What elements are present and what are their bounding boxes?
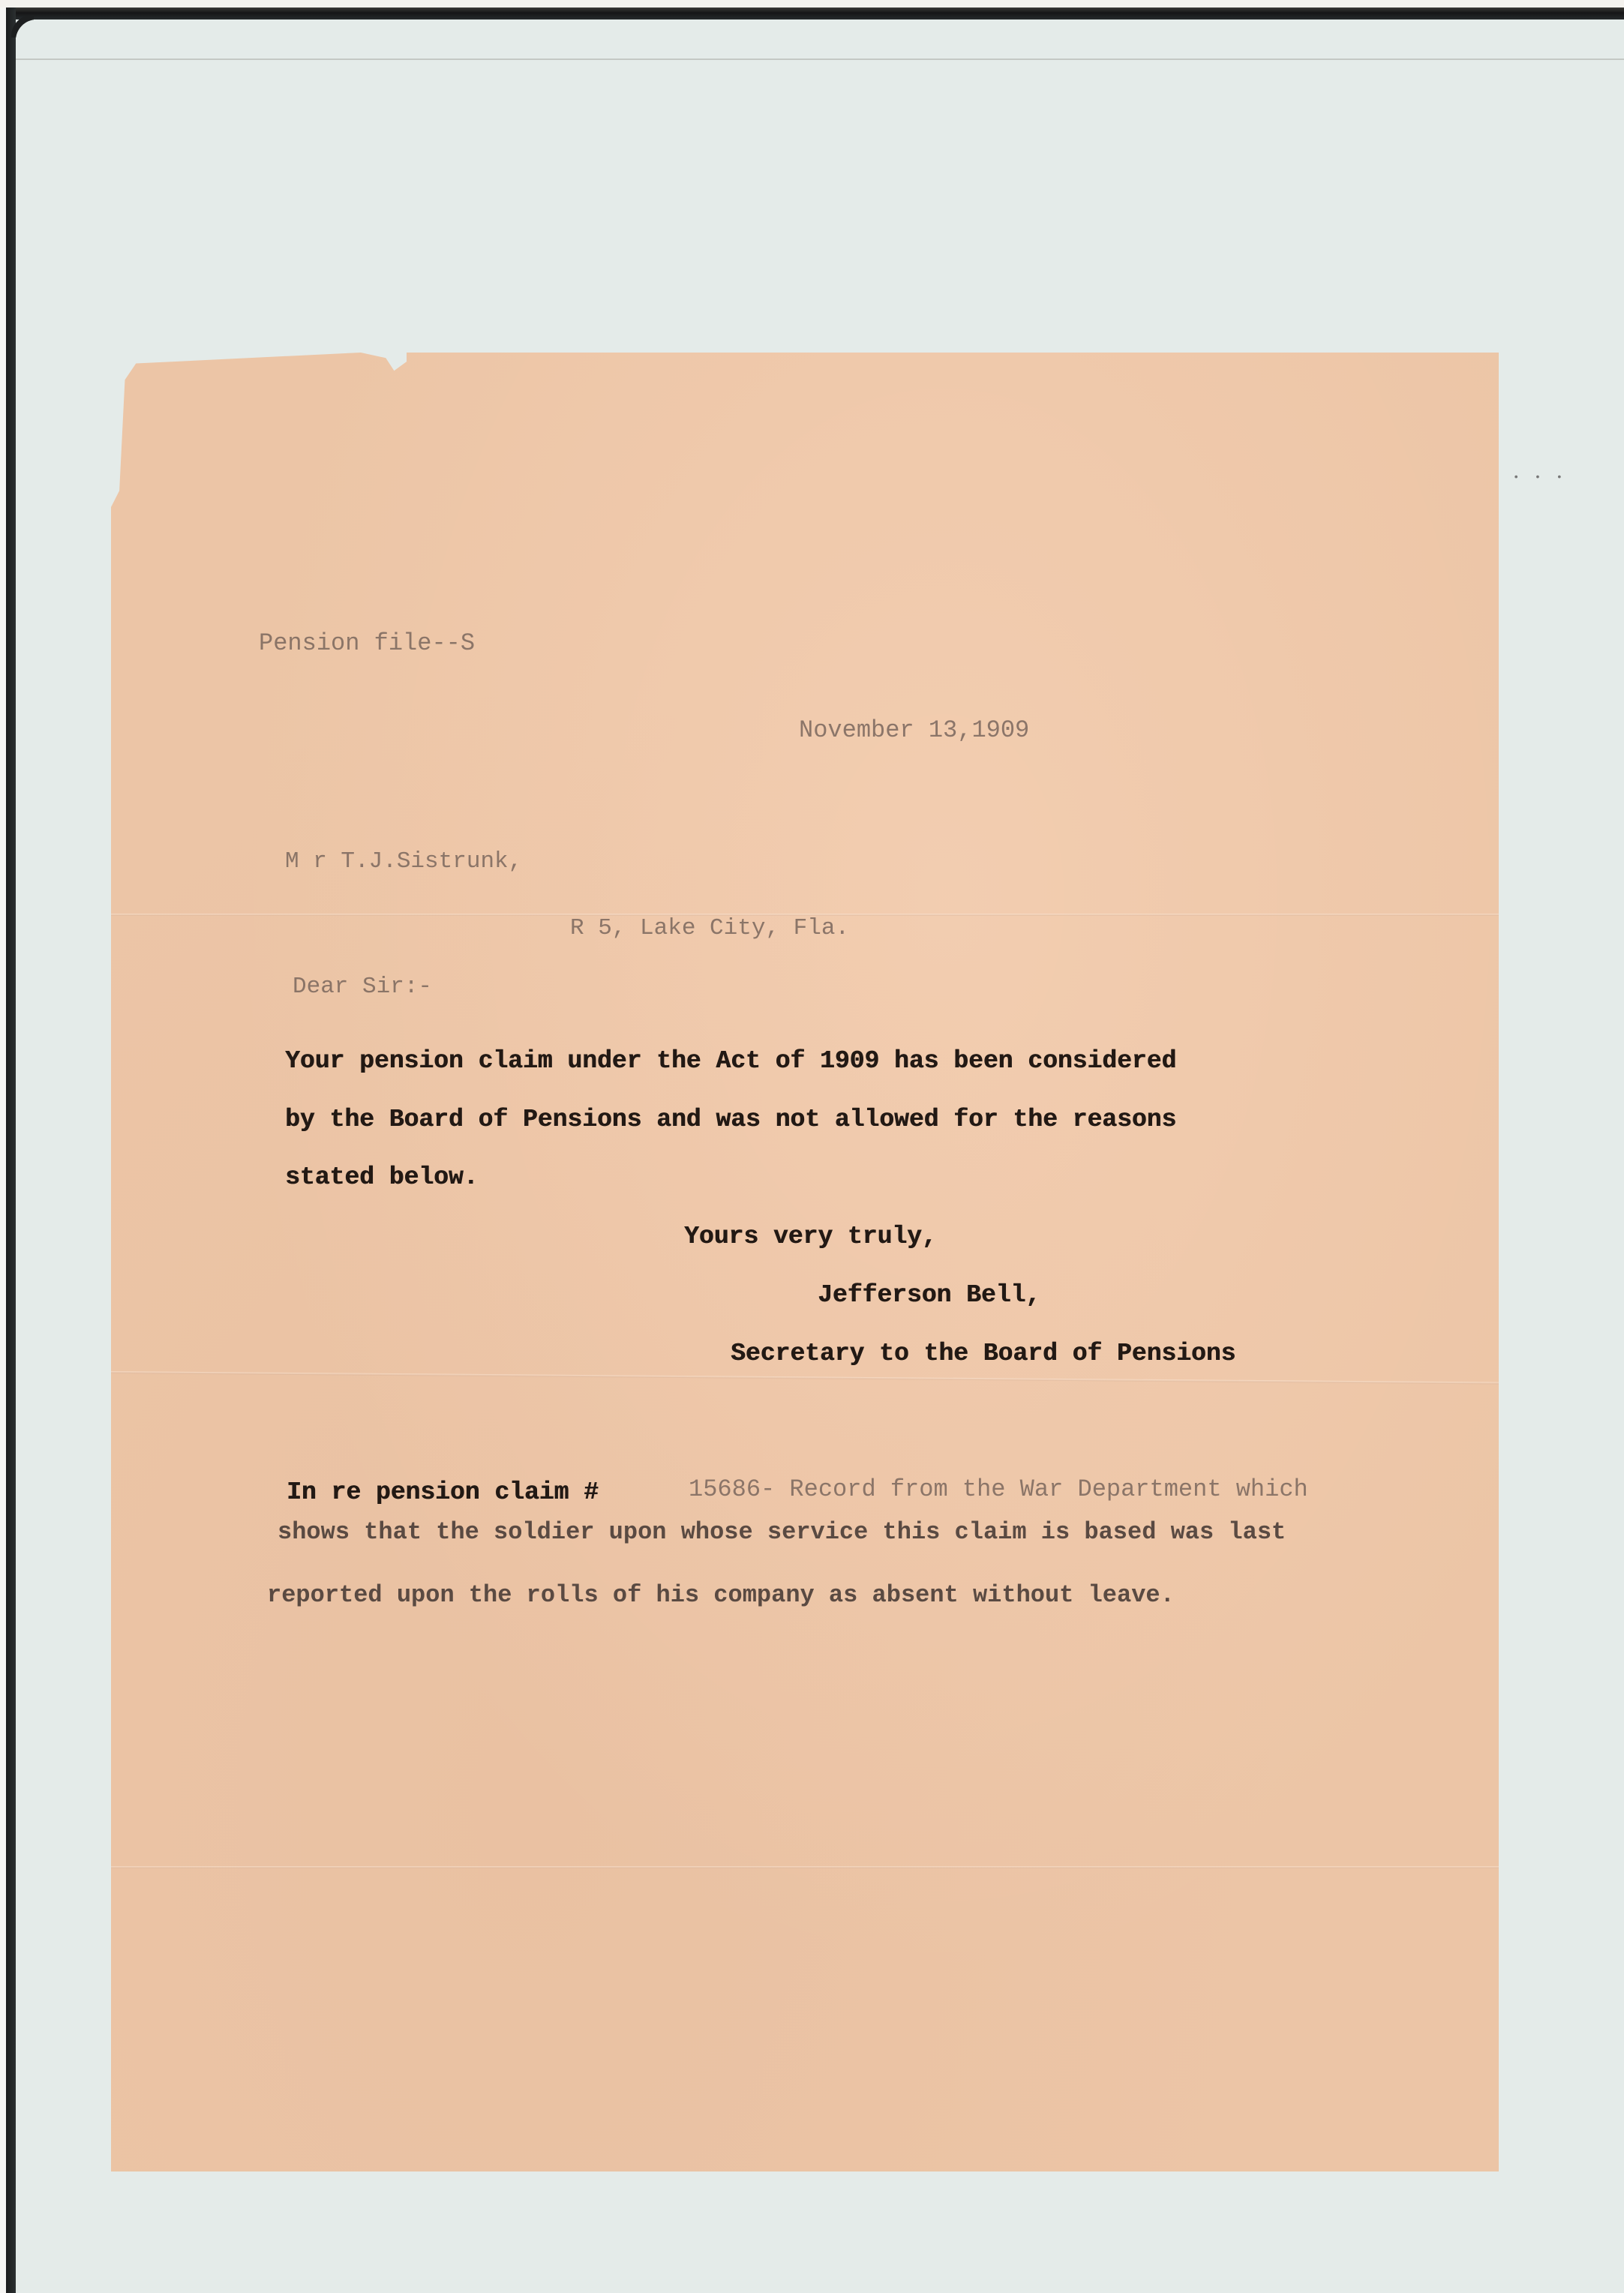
recipient-name: M r T.J.Sistrunk, [285, 850, 522, 873]
scanner-corner [16, 20, 38, 42]
salutation: Dear Sir:- [293, 975, 432, 998]
fold-line [111, 1866, 1499, 1868]
claim-reason-line-2: shows that the soldier upon whose servic… [278, 1520, 1286, 1544]
scanner-edge-top [6, 8, 1624, 20]
body-line-3: stated below. [285, 1165, 478, 1190]
letter-date: November 13,1909 [799, 719, 1029, 743]
signer-title: Secretary to the Board of Pensions [731, 1341, 1235, 1366]
fold-line [111, 1371, 1499, 1385]
claim-label: In re pension claim # [287, 1480, 599, 1505]
signer-name: Jefferson Bell, [818, 1283, 1040, 1307]
recipient-address: R 5, Lake City, Fla. [570, 917, 849, 940]
scan-margin-left [0, 0, 6, 2293]
backing-sheet-edge [16, 59, 1624, 60]
scanner-dust-marks: • • • [1513, 472, 1567, 484]
scanner-edge-left [6, 8, 16, 2293]
claim-number-and-reason: 15686- Record from the War Department wh… [689, 1478, 1308, 1502]
letter-paper: Pension file--S November 13,1909 M r T.J… [111, 353, 1499, 2171]
body-line-1: Your pension claim under the Act of 1909… [285, 1049, 1176, 1073]
complimentary-close: Yours very truly, [684, 1224, 937, 1249]
file-reference: Pension file--S [259, 632, 475, 656]
claim-reason-line-3: reported upon the rolls of his company a… [267, 1583, 1175, 1607]
scan-margin-top [0, 0, 1624, 8]
body-line-2: by the Board of Pensions and was not all… [285, 1107, 1176, 1132]
